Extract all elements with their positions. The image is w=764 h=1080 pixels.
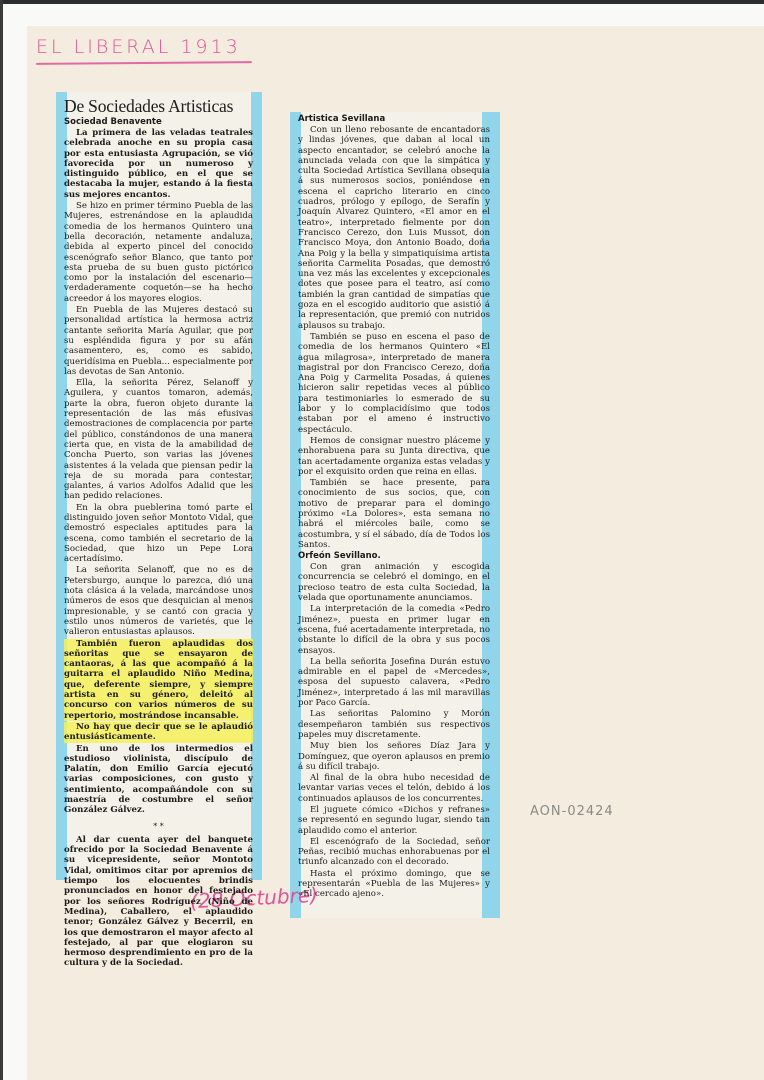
article-paragraph: También se hace presente, para conocimie… <box>298 478 490 550</box>
article-paragraph: La señorita Selanoff, que no es de Peter… <box>64 565 253 637</box>
section-subhead: Artistica Sevillana <box>298 114 490 125</box>
highlighted-paragraph: No hay que decir que se le aplaudió entu… <box>64 722 253 743</box>
article-paragraph: Al dar cuenta ayer del banquete ofrecido… <box>64 835 253 969</box>
article-paragraph: El escenógrafo de la Sociedad, señor Peñ… <box>298 837 490 868</box>
article-paragraph: La interpretación de la comedia «Pedro J… <box>298 604 490 655</box>
article-paragraph: Muy bien los señores Díaz Jara y Domíngu… <box>298 741 490 772</box>
scanner-top-border <box>0 0 764 4</box>
scanner-left-border <box>0 0 3 1080</box>
article-paragraph: Se hizo en primer término Puebla de las … <box>64 201 253 304</box>
section-subhead: Orfeón Sevillano. <box>298 551 490 562</box>
article-paragraph: Las señoritas Palomino y Morón desempeña… <box>298 709 490 740</box>
highlighted-paragraph: También fueron aplaudidas dos señoritas … <box>64 639 253 721</box>
article-paragraph: Con gran animación y escogida concurrenc… <box>298 562 490 603</box>
article-paragraph: Con un lleno rebosante de encantadoras y… <box>298 125 490 331</box>
clipping-headline: De Sociedades Artisticas <box>64 96 253 116</box>
handwritten-source-note: EL LIBERAL 1913 <box>36 36 241 58</box>
left-newspaper-clipping: De Sociedades Artisticas Sociedad Benave… <box>56 92 262 880</box>
article-paragraph: La bella señorita Josefina Durán estuvo … <box>298 657 490 708</box>
archive-code: AON-02424 <box>530 804 614 819</box>
article-paragraph: La primera de las veladas teatrales cele… <box>64 128 253 200</box>
section-separator: * * <box>64 822 253 832</box>
article-paragraph: Hemos de consignar nuestro pláceme y enh… <box>298 436 490 477</box>
article-paragraph: En Puebla de las Mujeres destacó su pers… <box>64 305 253 377</box>
article-paragraph: En uno de los intermedios el estudioso v… <box>64 744 253 816</box>
article-paragraph: También se puso en escena el paso de com… <box>298 332 490 435</box>
article-paragraph: Hasta el próximo domingo, que se represe… <box>298 869 490 900</box>
article-paragraph: Ella, la señorita Pérez, Selanoff y Agui… <box>64 378 253 502</box>
article-paragraph: El juguete cómico «Dichos y refranes» se… <box>298 805 490 836</box>
article-paragraph: Al final de la obra hubo necesidad de le… <box>298 773 490 804</box>
clipping-subhead: Sociedad Benavente <box>64 117 253 128</box>
right-newspaper-clipping: Artistica Sevillana Con un lleno rebosan… <box>290 112 500 918</box>
article-paragraph: En la obra pueblerina tomó parte el dist… <box>64 503 253 565</box>
